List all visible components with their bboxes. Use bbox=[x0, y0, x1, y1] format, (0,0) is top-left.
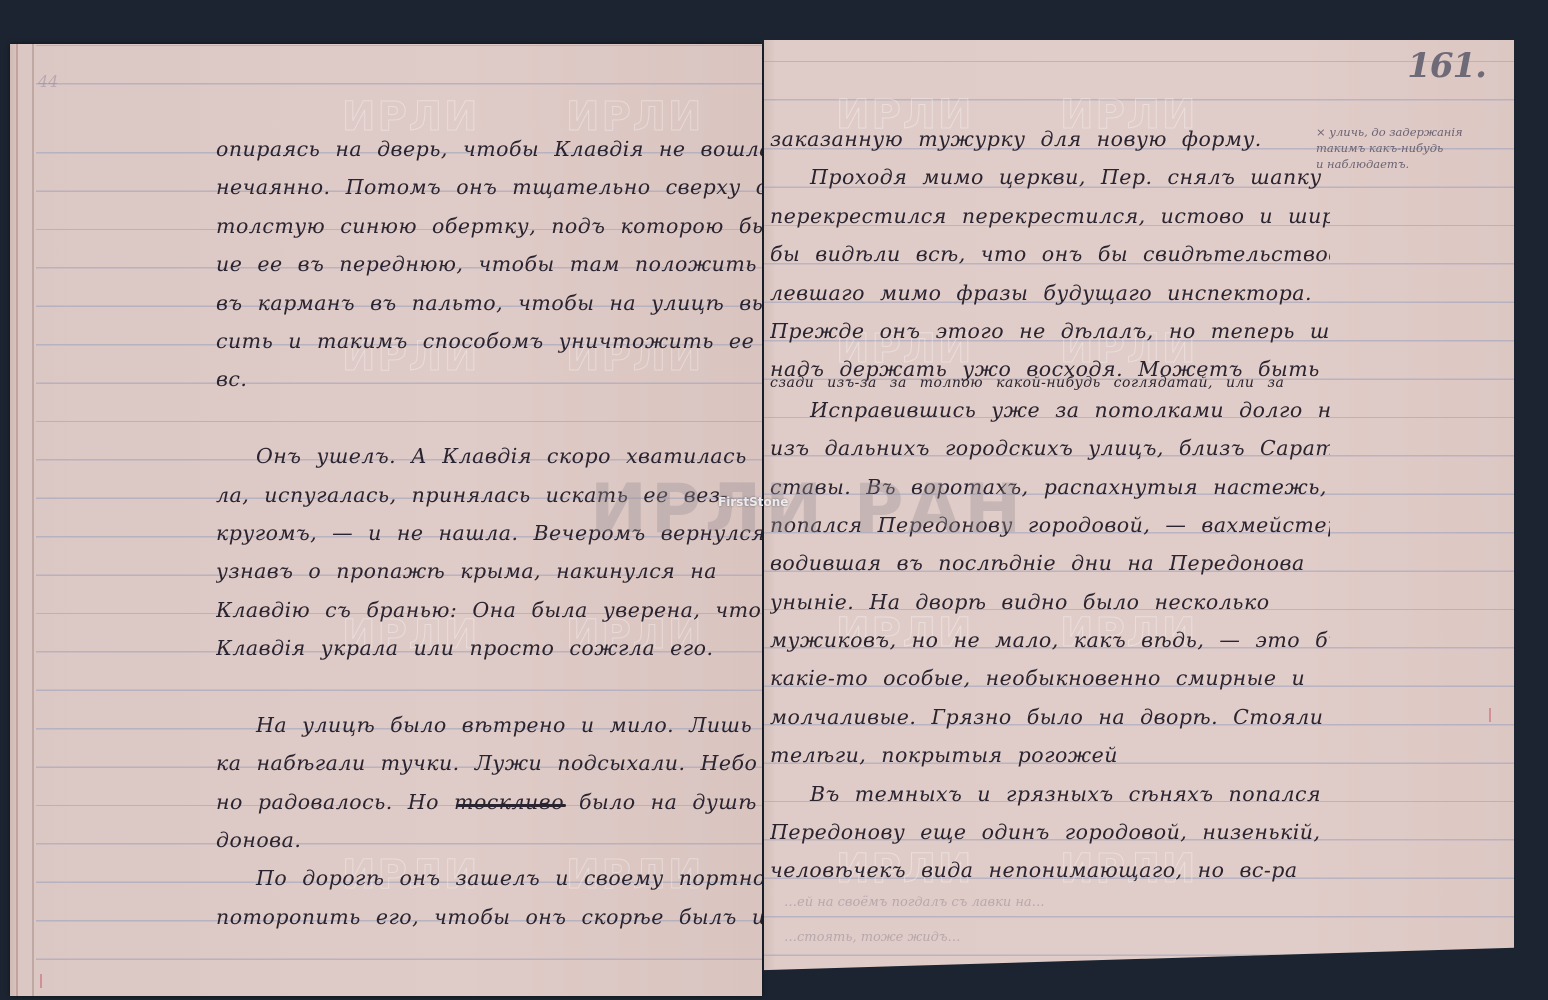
left-page-text: опираясь на дверь, чтобы Клавдія не вошл… bbox=[216, 130, 762, 936]
manuscript-line: Проходя мимо церкви, Пер. снялъ шапку и bbox=[770, 158, 1330, 196]
manuscript-line: кругомъ, — и не нашла. Вечеромъ вернулся… bbox=[216, 514, 762, 552]
manuscript-line: Онъ ушелъ. А Клавдія скоро хватилась ху- bbox=[216, 437, 762, 475]
blank-line bbox=[216, 399, 762, 437]
margin-note-line: такимъ какъ-нибудь bbox=[1316, 140, 1506, 156]
faint-pencil-note: …стоять, тоже жидъ… bbox=[784, 930, 961, 945]
manuscript-line: левшаго мимо фразы будущаго инспектора. bbox=[770, 274, 1330, 312]
manuscript-line: Клавдія украла или просто сожгла его. bbox=[216, 629, 762, 667]
manuscript-line: перекрестился перекрестился, истово и ши… bbox=[770, 197, 1330, 235]
manuscript-line: сить и такимъ способомъ уничтожить ее со… bbox=[216, 322, 762, 360]
manuscript-line: въ карманъ въ пальто, чтобы на улицѣ выб… bbox=[216, 284, 762, 322]
manuscript-line: нечаянно. Потомъ онъ тщательно сверху св… bbox=[216, 168, 762, 206]
right-page-text: заказанную тужурку для новую форму. Прох… bbox=[770, 120, 1330, 890]
manuscript-line: какіе-то особые, необыкновенно смирные и bbox=[770, 659, 1330, 697]
binding-edge bbox=[16, 44, 18, 996]
manuscript-line: мужиковъ, но не мало, какъ вѣдь, — это б… bbox=[770, 621, 1330, 659]
manuscript-line: но радовалось. Но тоскливо было на душѣ … bbox=[216, 783, 762, 821]
manuscript-line: телѣги, покрытыя рогожей bbox=[770, 736, 1330, 774]
red-margin-mark bbox=[40, 974, 42, 988]
manuscript-line: Передонову еще одинъ городовой, низенькі… bbox=[770, 813, 1330, 851]
manuscript-line: Въ темныхъ и грязныхъ сѣняхъ попался bbox=[770, 775, 1330, 813]
manuscript-line: толстую синюю обертку, подъ которою былъ bbox=[216, 207, 762, 245]
manuscript-line: бы видѣли всѣ, что онъ бы свидѣтельствов… bbox=[770, 235, 1330, 273]
manuscript-line: донова. bbox=[216, 821, 762, 859]
manuscript-line: ла, испугалась, принялась искать ее вез- bbox=[216, 476, 762, 514]
interlinear-insertion: сзади изъ-за за толпою какой-нибудь согл… bbox=[770, 375, 1330, 391]
manuscript-line: На улицѣ было вѣтрено и мило. Лишь изрѣд… bbox=[216, 706, 762, 744]
manuscript-line: изъ дальнихъ городскихъ улицъ, близъ Сар… bbox=[770, 429, 1330, 467]
margin-line bbox=[32, 44, 34, 996]
manuscript-line: вс. bbox=[216, 360, 762, 398]
manuscript-line: Клавдію съ бранью: Она была уверена, что bbox=[216, 591, 762, 629]
page-number: 161. bbox=[1407, 46, 1486, 86]
red-margin-mark bbox=[1489, 708, 1491, 722]
manuscript-line: уныніе. На дворѣ видно было несколько bbox=[770, 583, 1330, 621]
left-page: 44 ИРЛИ ИРЛИ ИРЛИ ИРЛИ ИРЛИ ИРЛИ ИРЛИ ИР… bbox=[10, 44, 762, 996]
manuscript-line: заказанную тужурку для новую форму. bbox=[770, 120, 1330, 158]
margin-note-line: × уличь, до задержанія bbox=[1316, 124, 1506, 140]
manuscript-line: человѣчекъ вида непонимающаго, но вс-ра bbox=[770, 851, 1330, 889]
manuscript-line: опираясь на дверь, чтобы Клавдія не вошл… bbox=[216, 130, 762, 168]
faint-pencil-note: …ей на своёмъ погдалъ съ лавки на… bbox=[784, 895, 1045, 910]
manuscript-line: попался Передонову городовой, — вахмейст… bbox=[770, 506, 1330, 544]
manuscript-line: молчаливые. Грязно было на дворѣ. Стояли bbox=[770, 698, 1330, 736]
manuscript-line: узнавъ о пропажѣ крыма, накинулся на bbox=[216, 552, 762, 590]
manuscript-line: ка набѣгали тучки. Лужи подсыхали. Небо … bbox=[216, 744, 762, 782]
margin-note-line: и наблюдаетъ. bbox=[1316, 156, 1506, 172]
section-divider-stroke bbox=[456, 804, 566, 807]
manuscript-line: поторопить его, чтобы онъ скорѣе былъ ши… bbox=[216, 898, 762, 936]
stamp-label: FirstStone bbox=[718, 495, 788, 509]
manuscript-line: ие ее въ переднюю, чтобы там положить bbox=[216, 245, 762, 283]
manuscript-line: водившая въ послѣдніе дни на Передонова bbox=[770, 544, 1330, 582]
manuscript-line: ставы. Въ воротахъ, распахнутыя настежь, bbox=[770, 468, 1330, 506]
folio-ghost-number: 44 bbox=[38, 72, 58, 91]
red-margin-mark bbox=[1486, 952, 1488, 966]
right-page: 161. ИРЛИ ИРЛИ ИРЛИ ИРЛИ ИРЛИ ИРЛИ ИРЛИ … bbox=[764, 40, 1514, 972]
blank-line bbox=[216, 667, 762, 705]
manuscript-line: Прежде онъ этого не дѣлалъ, но теперь ша… bbox=[770, 312, 1330, 350]
manuscript-line: По дорогѣ онъ зашелъ и своему портному, bbox=[216, 859, 762, 897]
margin-note: × уличь, до задержанія такимъ какъ-нибуд… bbox=[1316, 124, 1506, 172]
manuscript-line: Исправившись уже за потолками долго на о… bbox=[770, 391, 1330, 429]
